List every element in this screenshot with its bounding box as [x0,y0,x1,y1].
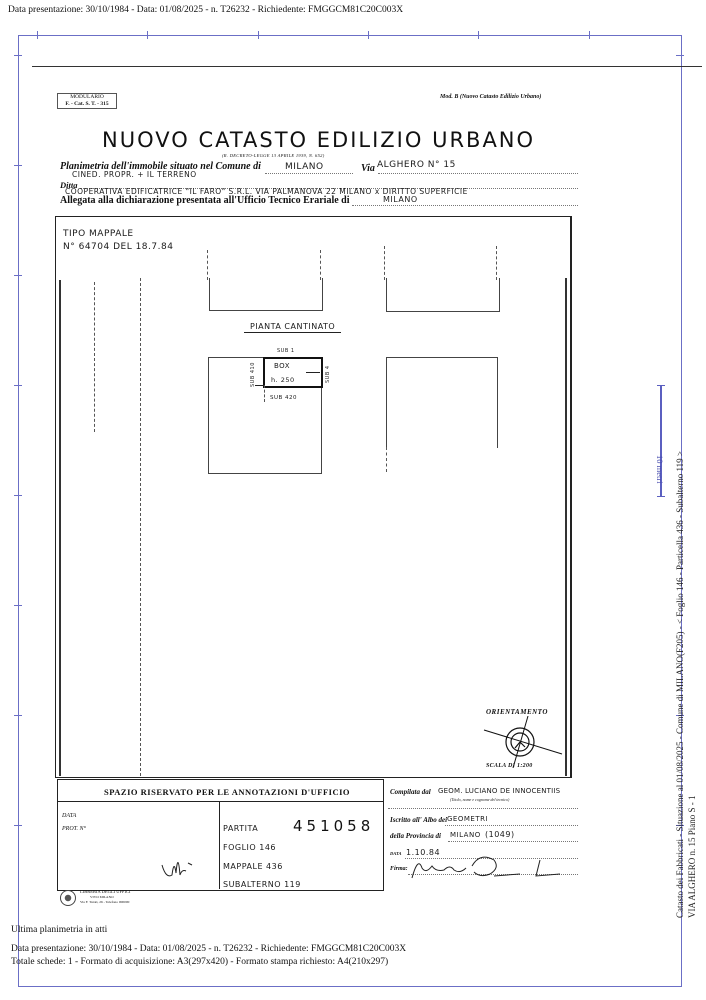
via-field-line [378,173,578,174]
frame-tick [676,55,684,56]
sub-left-label: SUB 410 [250,362,256,387]
partita-value: 451058 [293,817,374,835]
frame-tick [147,31,148,39]
tipo-mappale-line2: N° 64704 DEL 18.7.84 [63,242,173,252]
frame-tick [14,275,22,276]
frame-tick [14,715,22,716]
frame-tick [14,605,22,606]
modulario-box: MODULARIO F. - Cat. S. T. - 315 [57,93,117,109]
building-outline [565,278,567,776]
scala-label: SCALA DI 1:200 [486,763,533,769]
footer-ultima: Ultima planimetria in atti [11,925,107,935]
building-outline [140,278,141,776]
scale-bar-tick [657,496,665,497]
allegata-field-line [352,205,578,206]
tipo-mappale-line1: TIPO MAPPALE [63,229,134,239]
comune-value: MILANO [285,162,324,172]
office-box-divider [57,801,384,802]
side-info-line1: Catasto dei Fabbricati - Situazione al 0… [675,451,685,918]
building-outline [320,250,321,280]
office-signature-icon [160,845,200,883]
footer-line1: Data presentazione: 30/10/1984 - Data: 0… [11,944,406,954]
frame-tick [258,31,259,39]
sub-bottom-label: SUB 420 [270,395,297,401]
plan-title: PIANTA CANTINATO [244,322,341,333]
foglio-value: FOGLIO 146 [223,843,276,852]
compilata-note: (Titolo, nome e cognome del tecnico) [450,797,509,802]
allegata-label: Allegata alla dichiarazione presentata a… [60,195,350,206]
iscritto-value: GEOMETRI [447,815,488,823]
footer-line2: Totale schede: 1 - Formato di acquisizio… [11,957,388,967]
subalterno-value: SUBALTERNO 119 [223,880,301,889]
provincia-field-line [448,841,578,842]
office-prot-label: PROT. N° [62,826,86,832]
building-outline [386,447,387,472]
box-height: h. 250 [271,376,295,384]
provincia-label: della Provincia di [390,832,441,840]
via-label: Via [361,163,375,174]
scale-bar-label: 10 metri [655,455,665,484]
cined-value: CINED. PROPR. + IL TERRENO [72,170,197,179]
bookstore-stamp: LIBRERIA DEGLI UFFICI VIVO MILANO Via F.… [58,888,148,910]
compilata-label: Compilata dal [390,788,431,796]
stamp-line1: LIBRERIA DEGLI UFFICI [80,889,131,894]
orientamento-label: ORIENTAMENTO [486,708,548,716]
header-presentation-line: Data presentazione: 30/10/1984 - Data: 0… [8,5,403,15]
box-divider [306,372,320,373]
modulario-line2: F. - Cat. S. T. - 315 [58,101,116,108]
compilata-field-line [388,808,578,809]
building-outline [496,246,497,280]
compiler-signature-icon [410,852,570,882]
building-block-ne [386,278,500,312]
frame-tick [589,31,590,39]
compilata-value: GEOM. LUCIANO DE INNOCENTIIS [438,787,560,795]
building-block-se [386,357,498,448]
frame-tick [14,165,22,166]
iscritto-label: Iscritto all' Albo dei [390,816,447,824]
compass-rose-icon [478,716,568,768]
frame-tick [37,31,38,39]
firma-label: Firma: [390,866,408,872]
provincia-value: MILANO [450,831,481,839]
stamp-logo-icon [60,890,76,906]
sub-right-label: SUB 4 [325,365,331,383]
frame-tick [14,825,22,826]
compiler-data-label: DATA [390,851,402,856]
frame-tick [478,31,479,39]
document-subtitle: (R. DECRETO-LEGGE 13 APRILE 1939, N. 652… [222,153,325,158]
compiler-box-left [383,779,384,889]
building-outline [59,280,61,776]
building-outline [207,250,208,280]
scale-bar-tick [657,385,665,386]
comune-field-line [265,173,353,174]
building-outline [384,246,385,280]
provincia-number: (1049) [485,830,515,839]
office-data-label: DATA [62,813,76,819]
mappale-value: MAPPALE 436 [223,862,283,871]
document-title: NUOVO CATASTO EDILIZIO URBANO [102,128,535,152]
side-info-line2: VIA ALGHERO n. 15 Piano S - 1 [687,795,697,918]
scan-top-edge [32,66,702,67]
frame-tick [14,495,22,496]
box-divider [264,385,265,402]
box-label: BOX [274,362,290,370]
iscritto-field-line [445,825,578,826]
office-box-column [219,802,220,889]
frame-tick [368,31,369,39]
allegata-value: MILANO [383,195,418,204]
partita-label: PARTITA [223,824,258,833]
stamp-line3: Via F. Turati, 26 - Telefono 000000 [80,900,129,904]
sub-top-label: SUB 1 [277,348,295,354]
via-value: ALGHERO N° 15 [377,160,456,170]
office-box-header: SPAZIO RISERVATO PER LE ANNOTAZIONI D'UF… [104,787,350,797]
mod-b-label: Mod. B (Nuovo Catasto Edilizio Urbano) [440,94,541,100]
building-block-nw [209,278,323,311]
frame-tick [14,385,22,386]
building-outline [94,282,95,432]
frame-tick [14,55,22,56]
stamp-line2: VIVO MILANO [90,895,114,899]
